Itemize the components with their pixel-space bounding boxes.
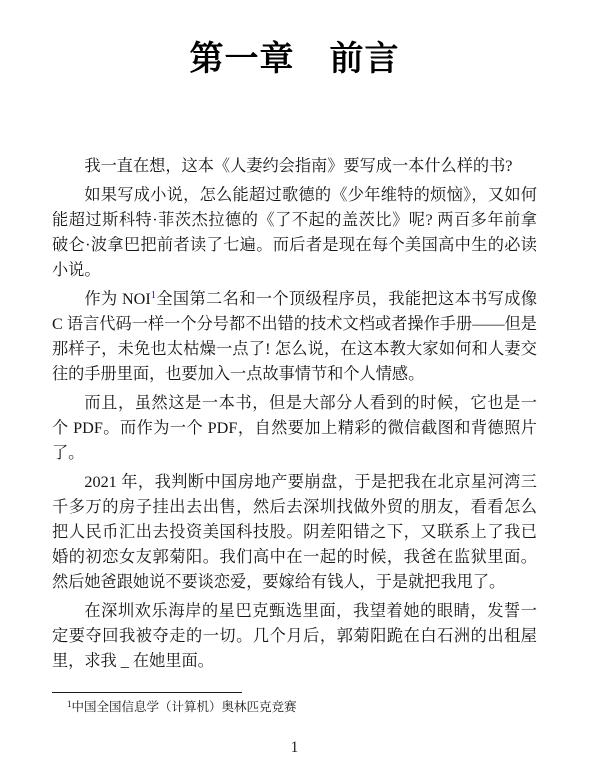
paragraph-4: 而且，虽然这是一本书，但是大部分人看到的时候，它也是一个 PDF。而作为一个 P… — [52, 391, 537, 466]
footnote-text: 中国全国信息学（计算机）奥林匹克竞赛 — [72, 700, 297, 714]
footnote-number: 1 — [67, 699, 72, 709]
body-text: 我一直在想，这本《人妻约会指南》要写成一本什么样的书? 如果写成小说，怎么能超过… — [52, 154, 537, 674]
document-page: 第一章 前言 我一直在想，这本《人妻约会指南》要写成一本什么样的书? 如果写成小… — [0, 0, 589, 766]
chapter-title: 第一章 前言 — [0, 36, 589, 82]
footnote-area: 1中国全国信息学（计算机）奥林匹克竞赛 — [52, 692, 537, 715]
paragraph-5: 2021 年，我判断中国房地产要崩盘，于是把我在北京星河湾三千多万的房子挂出去出… — [52, 470, 537, 595]
page-number: 1 — [0, 738, 589, 758]
paragraph-3-text-before-footnote: 作为 NOI — [84, 290, 150, 308]
paragraph-2: 如果写成小说，怎么能超过歌德的《少年维特的烦恼》，又如何能超过斯科特·菲茨杰拉德… — [52, 183, 537, 283]
paragraph-6: 在深圳欢乐海岸的星巴克甄选里面，我望着她的眼睛，发誓一定要夺回我被夺走的一切。几… — [52, 599, 537, 674]
footnote-marker-link[interactable]: 1 — [151, 290, 156, 301]
footnote: 1中国全国信息学（计算机）奥林匹克竞赛 — [52, 699, 537, 715]
paragraph-1: 我一直在想，这本《人妻约会指南》要写成一本什么样的书? — [52, 154, 537, 179]
paragraph-3: 作为 NOI1全国第二名和一个顶级程序员，我能把这本书写成像 C 语言代码一样一… — [52, 287, 537, 387]
footnote-rule — [52, 692, 242, 693]
